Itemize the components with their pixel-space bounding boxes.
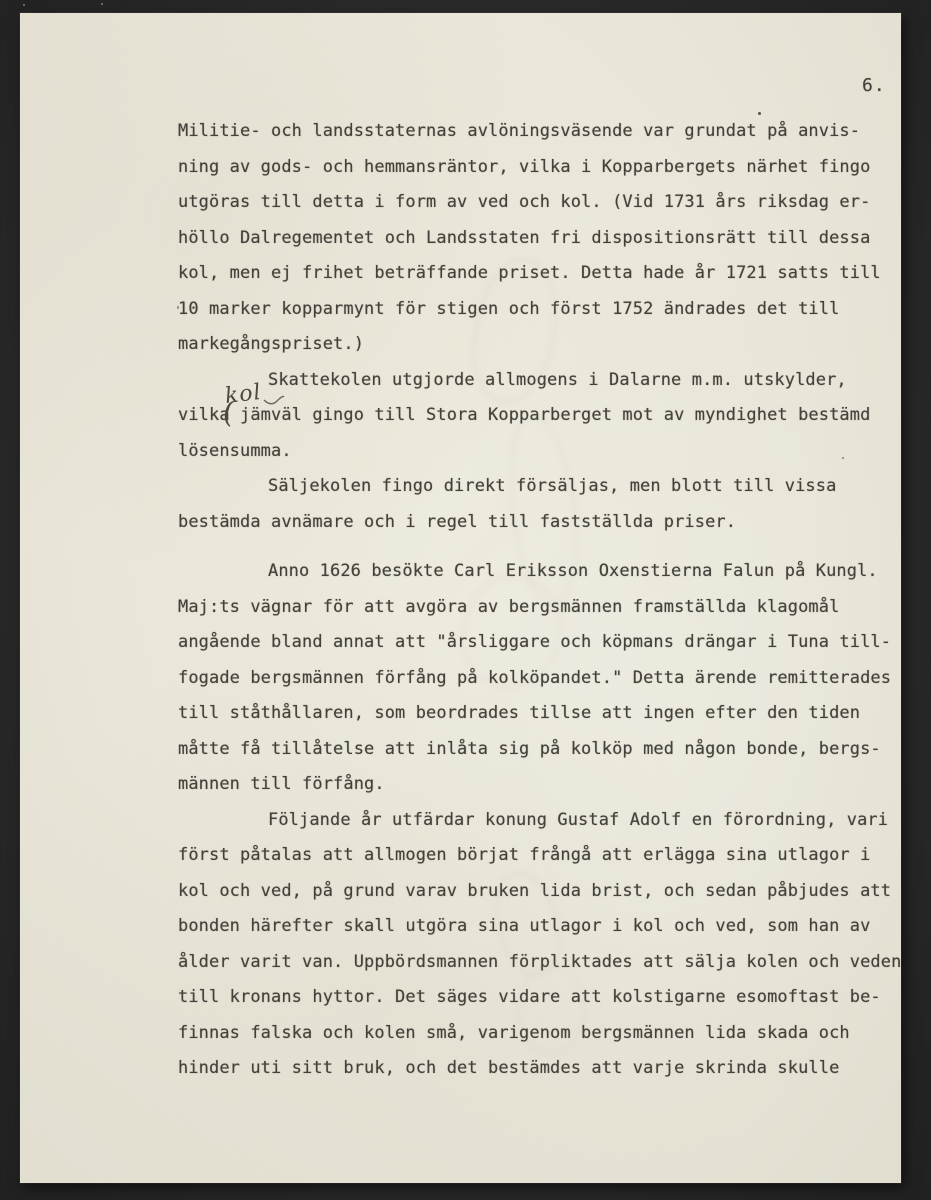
text-line: 10 marker kopparmynt för stigen och förs… xyxy=(178,292,901,328)
text-line: hinder uti sitt bruk, och det bestämdes … xyxy=(178,1051,901,1087)
document-page: 6. Militie- och landsstaternas avlönings… xyxy=(20,13,901,1183)
text-line: ning av gods- och hemmansräntor, vilka i… xyxy=(178,150,901,186)
text-line: lösensumma. xyxy=(178,434,901,470)
text-line: fogade bergsmännen förfång på kolköpande… xyxy=(178,661,901,697)
paragraph: Skattekolen utgjorde allmogens i Dalarne… xyxy=(178,363,901,470)
text-line: Maj:ts vägnar för att avgöra av bergsmän… xyxy=(178,590,901,626)
dust-speck xyxy=(23,4,25,6)
text-line: männen till förfång. xyxy=(178,767,901,803)
page-number: 6. xyxy=(862,75,886,96)
text-line: ålder varit van. Uppbördsmannen förplikt… xyxy=(178,945,901,981)
text-line: angående bland annat att "årsliggare och… xyxy=(178,625,901,661)
typewritten-text: Militie- och landsstaternas avlöningsväs… xyxy=(178,114,901,1087)
text-line: bonden härefter skall utgöra sina utlago… xyxy=(178,909,901,945)
text-line: bestämda avnämare och i regel till fasts… xyxy=(178,505,901,541)
paragraph: Säljekolen fingo direkt försäljas, men b… xyxy=(178,469,901,540)
annotation-flourish-stroke xyxy=(263,394,285,408)
text-line: utgöras till detta i form av ved och kol… xyxy=(178,185,901,221)
text-line: Följande år utfärdar konung Gustaf Adolf… xyxy=(178,803,901,839)
text-line: vilka jämväl gingo till Stora Kopparberg… xyxy=(178,398,901,434)
text-line: Säljekolen fingo direkt försäljas, men b… xyxy=(178,469,901,505)
text-line: markegångspriset.) xyxy=(178,327,901,363)
scanned-photo-background: 6. Militie- och landsstaternas avlönings… xyxy=(0,0,931,1200)
text-line: Anno 1626 besökte Carl Eriksson Oxenstie… xyxy=(178,554,901,590)
paragraph: Följande år utfärdar konung Gustaf Adolf… xyxy=(178,803,901,1087)
text-line: till ståthållaren, som beordrades tillse… xyxy=(178,696,901,732)
text-line: höllo Dalregementet och Landsstaten fri … xyxy=(178,221,901,257)
text-line: till kronans hyttor. Det säges vidare at… xyxy=(178,980,901,1016)
paragraph: Anno 1626 besökte Carl Eriksson Oxenstie… xyxy=(178,554,901,803)
text-line: först påtalas att allmogen börjat frångå… xyxy=(178,838,901,874)
text-line: kol, men ej frihet beträffande priset. D… xyxy=(178,256,901,292)
text-line: måtte få tillåtelse att inlåta sig på ko… xyxy=(178,732,901,768)
text-line: Skattekolen utgjorde allmogens i Dalarne… xyxy=(178,363,901,399)
text-line: kol och ved, på grund varav bruken lida … xyxy=(178,874,901,910)
text-line: Militie- och landsstaternas avlöningsväs… xyxy=(178,114,901,150)
text-line: finnas falska och kolen små, varigenom b… xyxy=(178,1016,901,1052)
dust-speck xyxy=(101,3,103,5)
paragraph: Militie- och landsstaternas avlöningsväs… xyxy=(178,114,901,363)
